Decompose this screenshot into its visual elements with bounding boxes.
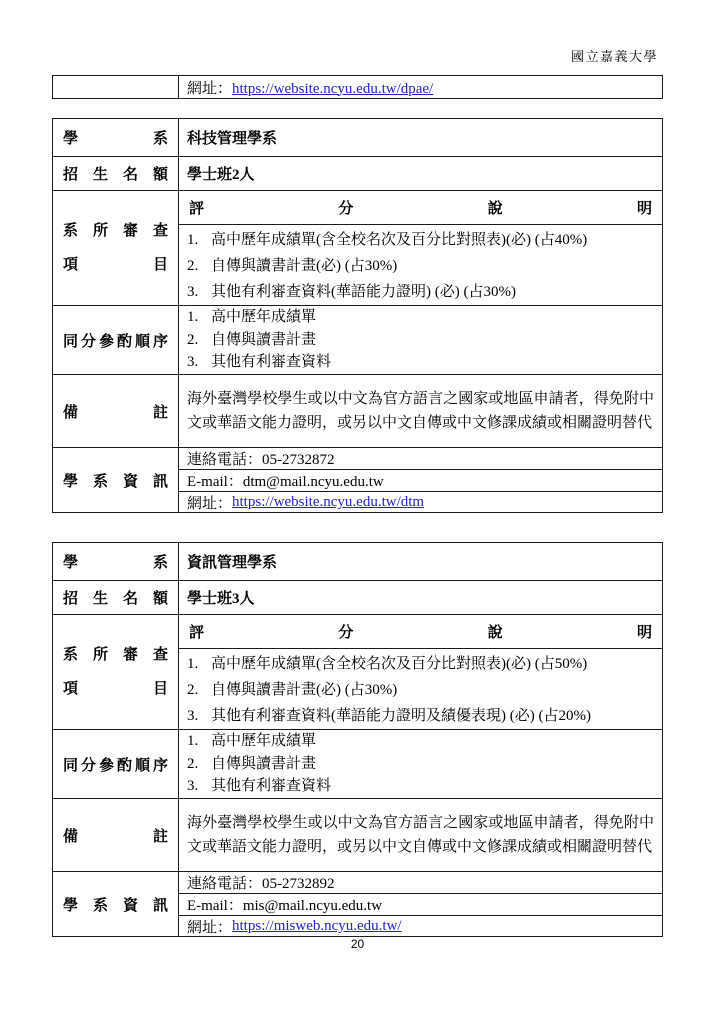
- info-label-cell: 學系資訊: [53, 872, 179, 936]
- info-label: 學系資訊: [63, 470, 168, 491]
- note-label-cell: 備註: [53, 375, 179, 447]
- website-prefix-label: 網址：: [187, 916, 232, 937]
- info-content: 連絡電話：05-2732892 E-mail：mis@mail.ncyu.edu…: [179, 872, 662, 936]
- review-content: 評分說明 1.高中歷年成績單(含全校名次及百分比對照表)(必) (占50%) 2…: [179, 615, 662, 729]
- tiebreak-items: 1.高中歷年成績單 2.自傳與讀書計畫 3.其他有利審查資料: [179, 730, 662, 798]
- item-number: 3.: [187, 279, 211, 305]
- website-subrow: 網址：https://website.ncyu.edu.tw/dtm: [179, 491, 662, 513]
- note-text: 海外臺灣學校學生或以中文為官方語言之國家或地區申請者，得免附中文或華語文能力證明…: [187, 811, 654, 859]
- tiebreak-item: 3.其他有利審查資料: [187, 775, 654, 798]
- tiebreak-item: 1.高中歷年成績單: [187, 306, 654, 329]
- review-item: 3.其他有利審查資料(華語能力證明及績優表現) (必) (占20%): [187, 703, 654, 729]
- phone-subrow: 連絡電話：05-2732892: [179, 872, 662, 893]
- review-row: 系所審查 項目 評分說明 1.高中歷年成績單(含全校名次及百分比對照表)(必) …: [53, 614, 662, 729]
- item-number: 2.: [187, 329, 211, 352]
- tiebreak-label-cell: 同分參酌順序: [53, 306, 179, 374]
- item-text: 其他有利審查資料: [211, 775, 654, 798]
- review-label-line1: 系所審查: [63, 638, 168, 672]
- dept-name: 資訊管理學系: [179, 543, 662, 580]
- item-text: 高中歷年成績單: [211, 306, 654, 329]
- item-text: 自傳與讀書計畫(必) (占30%): [211, 253, 654, 279]
- info-label-cell: 學系資訊: [53, 448, 179, 512]
- note-label: 備註: [63, 401, 168, 422]
- review-header-label: 評分說明: [189, 621, 652, 642]
- quota-row: 招生名額 學士班3人: [53, 580, 662, 614]
- website-prefix-label: 網址：: [187, 81, 232, 97]
- tiebreak-item: 2.自傳與讀書計畫: [187, 753, 654, 776]
- item-number: 1.: [187, 227, 211, 253]
- dept-label-cell: 學系: [53, 543, 179, 580]
- tiebreak-item: 2.自傳與讀書計畫: [187, 329, 654, 352]
- dept-label: 學系: [63, 127, 168, 148]
- university-name: 國立嘉義大學: [571, 46, 658, 65]
- item-number: 1.: [187, 306, 211, 329]
- website-prefix-label: 網址：: [187, 492, 232, 513]
- quota-text: 學士班3人: [187, 587, 654, 608]
- quota-label: 招生名額: [63, 163, 168, 184]
- review-header-subrow: 評分說明: [179, 191, 662, 224]
- note-cell: 海外臺灣學校學生或以中文為官方語言之國家或地區申請者，得免附中文或華語文能力證明…: [179, 375, 662, 447]
- item-number: 1.: [187, 651, 211, 677]
- website-link-dtm[interactable]: https://website.ncyu.edu.tw/dtm: [232, 494, 424, 511]
- quota-row: 招生名額 學士班2人: [53, 156, 662, 190]
- note-text: 海外臺灣學校學生或以中文為官方語言之國家或地區申請者，得免附中文或華語文能力證明…: [187, 387, 654, 435]
- item-number: 2.: [187, 677, 211, 703]
- website-subrow: 網址：https://misweb.ncyu.edu.tw/: [179, 915, 662, 937]
- info-label: 學系資訊: [63, 894, 168, 915]
- quota-label-cell: 招生名額: [53, 157, 179, 190]
- info-content: 連絡電話：05-2732872 E-mail：dtm@mail.ncyu.edu…: [179, 448, 662, 512]
- phone-subrow: 連絡電話：05-2732872: [179, 448, 662, 469]
- quota-label-cell: 招生名額: [53, 581, 179, 614]
- dept-name: 科技管理學系: [179, 119, 662, 156]
- tiebreak-row: 同分參酌順序 1.高中歷年成績單 2.自傳與讀書計畫 3.其他有利審查資料: [53, 729, 662, 798]
- info-row: 學系資訊 連絡電話：05-2732872 E-mail：dtm@mail.ncy…: [53, 447, 662, 512]
- item-text: 高中歷年成績單: [211, 730, 654, 753]
- dept-label: 學系: [63, 551, 168, 572]
- item-text: 高中歷年成績單(含全校名次及百分比對照表)(必) (占40%): [211, 227, 654, 253]
- review-header-subrow: 評分說明: [179, 615, 662, 648]
- item-number: 1.: [187, 730, 211, 753]
- tiebreak-label: 同分參酌順序: [63, 330, 168, 351]
- quota-value: 學士班3人: [179, 581, 662, 614]
- info-row: 學系資訊 連絡電話：05-2732892 E-mail：mis@mail.ncy…: [53, 871, 662, 936]
- note-label-cell: 備註: [53, 799, 179, 871]
- dept-table-mis: 學系 資訊管理學系 招生名額 學士班3人 系所審查 項目 評分說明 1.高中歷年…: [52, 542, 663, 937]
- review-header-label: 評分說明: [189, 197, 652, 218]
- review-items: 1.高中歷年成績單(含全校名次及百分比對照表)(必) (占50%) 2.自傳與讀…: [179, 648, 662, 729]
- dept-name-text: 科技管理學系: [187, 127, 654, 148]
- note-row: 備註 海外臺灣學校學生或以中文為官方語言之國家或地區申請者，得免附中文或華語文能…: [53, 374, 662, 447]
- item-text: 自傳與讀書計畫: [211, 329, 654, 352]
- tiebreak-label-cell: 同分參酌順序: [53, 730, 179, 798]
- email-text: E-mail：mis@mail.ncyu.edu.tw: [187, 894, 382, 915]
- review-label-line2: 項目: [63, 248, 168, 282]
- item-number: 3.: [187, 351, 211, 374]
- phone-text: 連絡電話：05-2732892: [187, 872, 335, 893]
- website-link-misweb[interactable]: https://misweb.ncyu.edu.tw/: [232, 918, 402, 935]
- review-label-cell: 系所審查 項目: [53, 615, 179, 729]
- dept-row: 學系 科技管理學系: [53, 119, 662, 156]
- review-label-cell: 系所審查 項目: [53, 191, 179, 305]
- review-items: 1.高中歷年成績單(含全校名次及百分比對照表)(必) (占40%) 2.自傳與讀…: [179, 224, 662, 305]
- note-row: 備註 海外臺灣學校學生或以中文為官方語言之國家或地區申請者，得免附中文或華語文能…: [53, 798, 662, 871]
- item-number: 3.: [187, 703, 211, 729]
- review-label-line1: 系所審查: [63, 214, 168, 248]
- dept-table-dtm: 學系 科技管理學系 招生名額 學士班2人 系所審查 項目 評分說明 1.高中歷年…: [52, 118, 663, 513]
- review-item: 2.自傳與讀書計畫(必) (占30%): [187, 253, 654, 279]
- note-cell: 海外臺灣學校學生或以中文為官方語言之國家或地區申請者，得免附中文或華語文能力證明…: [179, 799, 662, 871]
- item-text: 其他有利審查資料(華語能力證明) (必) (占30%): [211, 279, 654, 305]
- review-label-line2: 項目: [63, 672, 168, 706]
- dept-name-text: 資訊管理學系: [187, 551, 654, 572]
- review-item: 1.高中歷年成績單(含全校名次及百分比對照表)(必) (占40%): [187, 227, 654, 253]
- empty-label-cell: [53, 76, 179, 98]
- quota-value: 學士班2人: [179, 157, 662, 190]
- item-text: 其他有利審查資料: [211, 351, 654, 374]
- review-item: 1.高中歷年成績單(含全校名次及百分比對照表)(必) (占50%): [187, 651, 654, 677]
- tiebreak-label: 同分參酌順序: [63, 754, 168, 775]
- email-text: E-mail：dtm@mail.ncyu.edu.tw: [187, 470, 384, 491]
- review-content: 評分說明 1.高中歷年成績單(含全校名次及百分比對照表)(必) (占40%) 2…: [179, 191, 662, 305]
- review-item: 2.自傳與讀書計畫(必) (占30%): [187, 677, 654, 703]
- item-text: 高中歷年成績單(含全校名次及百分比對照表)(必) (占50%): [211, 651, 654, 677]
- tiebreak-row: 同分參酌順序 1.高中歷年成績單 2.自傳與讀書計畫 3.其他有利審查資料: [53, 305, 662, 374]
- quota-text: 學士班2人: [187, 163, 654, 184]
- previous-section-table: 網址：https://website.ncyu.edu.tw/dpae/: [52, 75, 663, 99]
- tiebreak-item: 3.其他有利審查資料: [187, 351, 654, 374]
- website-link-dpae[interactable]: https://website.ncyu.edu.tw/dpae/: [232, 81, 433, 97]
- item-number: 2.: [187, 753, 211, 776]
- tiebreak-item: 1.高中歷年成績單: [187, 730, 654, 753]
- tiebreak-items: 1.高中歷年成績單 2.自傳與讀書計畫 3.其他有利審查資料: [179, 306, 662, 374]
- email-subrow: E-mail：dtm@mail.ncyu.edu.tw: [179, 469, 662, 491]
- review-row: 系所審查 項目 評分說明 1.高中歷年成績單(含全校名次及百分比對照表)(必) …: [53, 190, 662, 305]
- dept-label-cell: 學系: [53, 119, 179, 156]
- item-number: 3.: [187, 775, 211, 798]
- email-subrow: E-mail：mis@mail.ncyu.edu.tw: [179, 893, 662, 915]
- item-text: 自傳與讀書計畫(必) (占30%): [211, 677, 654, 703]
- website-cell: 網址：https://website.ncyu.edu.tw/dpae/: [179, 76, 662, 98]
- review-item: 3.其他有利審查資料(華語能力證明) (必) (占30%): [187, 279, 654, 305]
- item-number: 2.: [187, 253, 211, 279]
- quota-label: 招生名額: [63, 587, 168, 608]
- note-label: 備註: [63, 825, 168, 846]
- phone-text: 連絡電話：05-2732872: [187, 448, 335, 469]
- item-text: 其他有利審查資料(華語能力證明及績優表現) (必) (占20%): [211, 703, 654, 729]
- item-text: 自傳與讀書計畫: [211, 753, 654, 776]
- dept-row: 學系 資訊管理學系: [53, 543, 662, 580]
- website-row: 網址：https://website.ncyu.edu.tw/dpae/: [53, 76, 662, 98]
- page-number: 20: [52, 937, 663, 951]
